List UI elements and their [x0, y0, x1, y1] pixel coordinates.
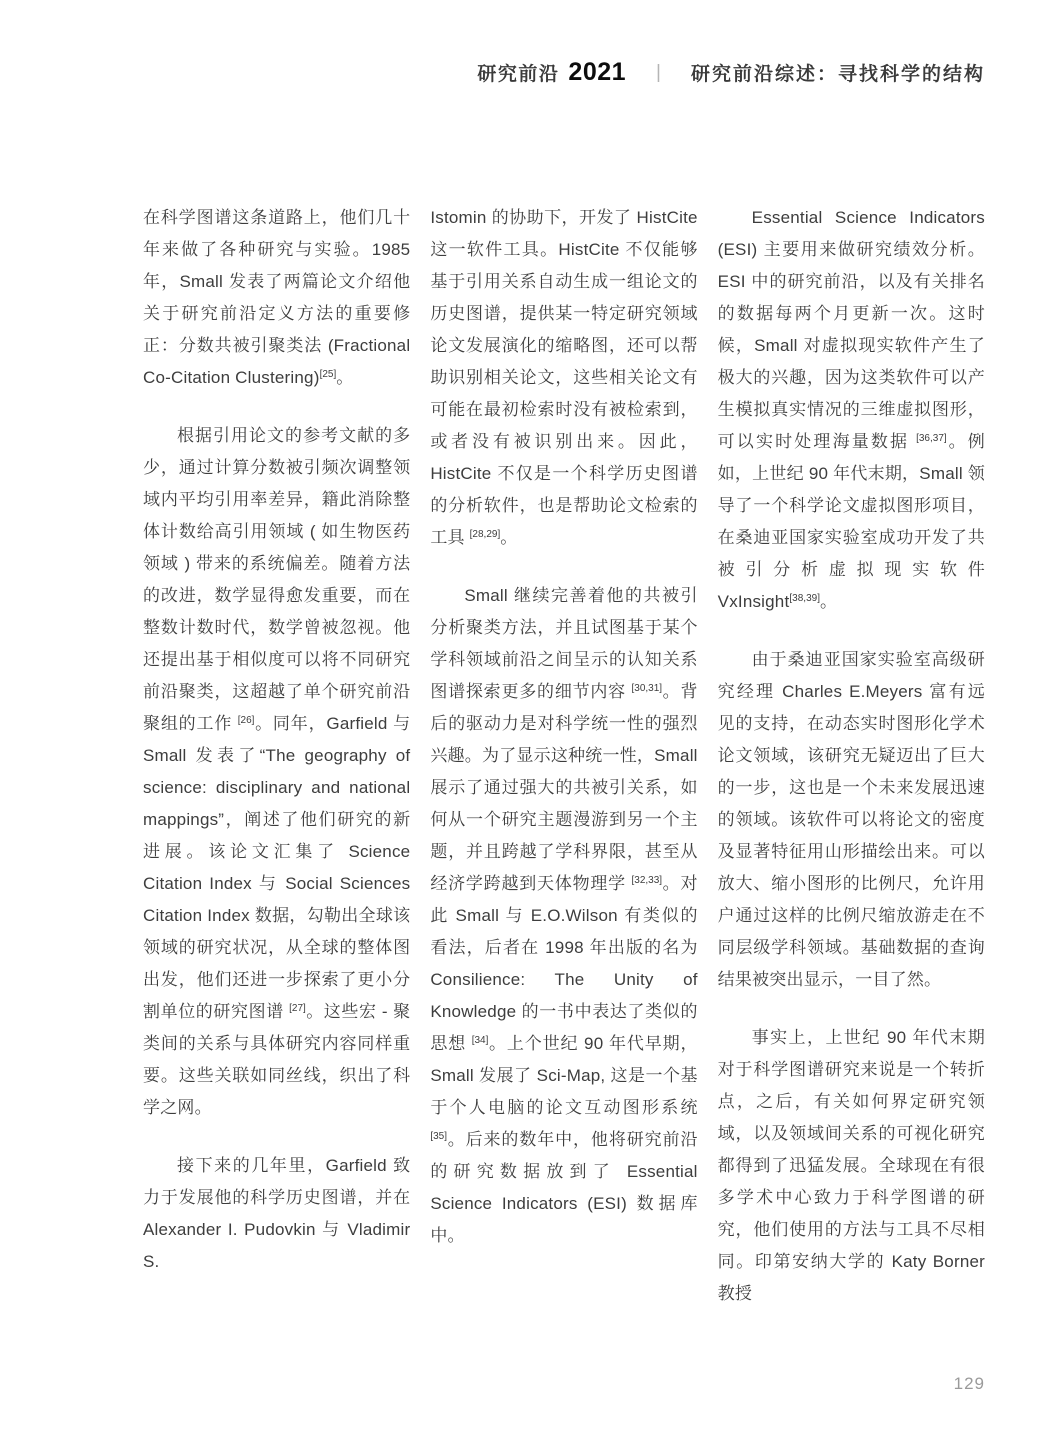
page-number: 129	[954, 1374, 985, 1393]
page-footer: 129	[954, 1374, 985, 1394]
document-page: 研究前沿 2021 | 研究前沿综述：寻找科学的结构 在科学图谱这条道路上，他们…	[0, 0, 1062, 1440]
paragraph: 根据引用论文的参考文献的多少，通过计算分数被引频次调整领域内平均引用率差异，籍此…	[143, 420, 410, 1124]
paragraph: Istomin 的协助下，开发了 HistCite 这一软件工具。HistCit…	[430, 202, 697, 554]
paragraph: 在科学图谱这条道路上，他们几十年来做了各种研究与实验。1985 年，Small …	[143, 202, 410, 394]
paragraph: 由于桑迪亚国家实验室高级研究经理 Charles E.Meyers 富有远见的支…	[718, 644, 985, 996]
paragraph: 事实上，上世纪 90 年代末期对于科学图谱研究来说是一个转折点，之后，有关如何界…	[718, 1022, 985, 1310]
page-header: 研究前沿 2021 | 研究前沿综述：寻找科学的结构	[477, 58, 985, 87]
text-column-2: Istomin 的协助下，开发了 HistCite 这一软件工具。HistCit…	[430, 202, 697, 1336]
article-body: 在科学图谱这条道路上，他们几十年来做了各种研究与实验。1985 年，Small …	[143, 202, 985, 1336]
paragraph: 接下来的几年里，Garfield 致力于发展他的科学历史图谱，并在 Alexan…	[143, 1150, 410, 1278]
paragraph: Essential Science Indicators (ESI) 主要用来做…	[718, 202, 985, 618]
header-year: 2021	[568, 58, 626, 87]
header-brand: 研究前沿	[477, 59, 559, 86]
header-divider: |	[656, 62, 661, 84]
text-column-3: Essential Science Indicators (ESI) 主要用来做…	[718, 202, 985, 1336]
text-column-1: 在科学图谱这条道路上，他们几十年来做了各种研究与实验。1985 年，Small …	[143, 202, 410, 1336]
header-section-title: 研究前沿综述：寻找科学的结构	[691, 59, 985, 86]
paragraph: Small 继续完善着他的共被引分析聚类方法，并且试图基于某个学科领域前沿之间呈…	[430, 580, 697, 1252]
